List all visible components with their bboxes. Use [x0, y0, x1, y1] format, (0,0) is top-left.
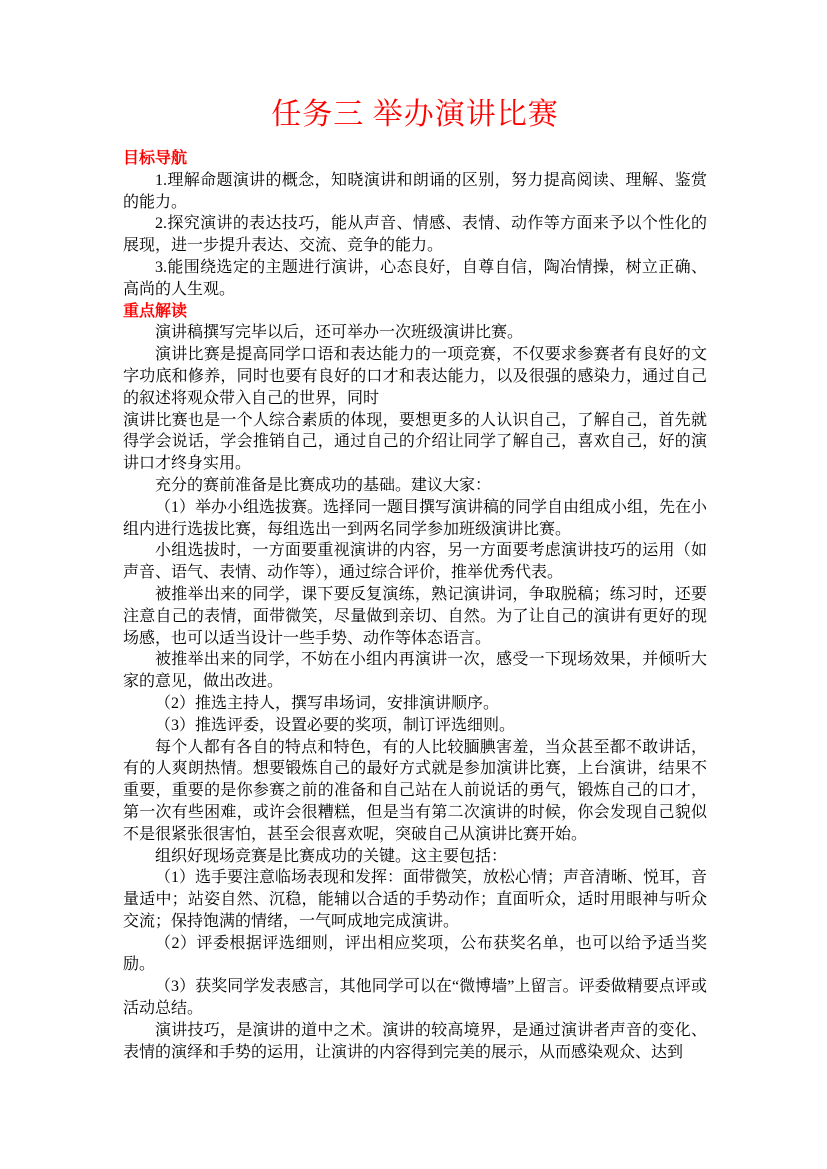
document-content: 任务三 举办演讲比赛 目标导航 1.理解命题演讲的概念，知晓演讲和朗诵的区别，努…: [123, 0, 707, 1063]
paragraph: 演讲技巧，是演讲的道中之术。演讲的较高境界，是通过演讲者声音的变化、表情的演绎和…: [123, 1020, 707, 1064]
section-heading-objectives: 目标导航: [123, 148, 707, 170]
paragraph: 1.理解命题演讲的概念，知晓演讲和朗诵的区别，努力提高阅读、理解、鉴赏的能力。: [123, 170, 707, 214]
section-key-points: 重点解读 演讲稿撰写完毕以后，还可举办一次班级演讲比赛。 演讲比赛是提高同学口语…: [123, 301, 707, 1064]
paragraph: 小组选拔时，一方面要重视演讲的内容，另一方面要考虑演讲技巧的运用（如声音、语气、…: [123, 540, 707, 584]
paragraph: 演讲稿撰写完毕以后，还可举办一次班级演讲比赛。: [123, 322, 707, 344]
paragraph: 组织好现场竞赛是比赛成功的关键。这主要包括：: [123, 846, 707, 868]
paragraph: 3.能围绕选定的主题进行演讲，心态良好，自尊自信，陶冶情操，树立正确、高尚的人生…: [123, 257, 707, 301]
section-heading-key-points: 重点解读: [123, 301, 707, 323]
paragraph: （2）推选主持人，撰写串场词，安排演讲顺序。: [123, 693, 707, 715]
paragraph: 演讲比赛是提高同学口语和表达能力的一项竞赛，不仅要求参赛者有良好的文字功底和修养…: [123, 344, 707, 409]
page-title: 任务三 举办演讲比赛: [123, 94, 707, 136]
paragraph: 被推举出来的同学，不妨在小组内再演讲一次，感受一下现场效果，并倾听大家的意见，做…: [123, 649, 707, 693]
paragraph: 每个人都有各自的特点和特色，有的人比较腼腆害羞，当众甚至都不敢讲话，有的人爽朗热…: [123, 737, 707, 846]
paragraph: （1）选手要注意临场表现和发挥：面带微笑，放松心情；声音清晰、悦耳，音量适中；站…: [123, 867, 707, 932]
paragraph: （3）获奖同学发表感言，其他同学可以在“微博墙”上留言。评委做精要点评或活动总结…: [123, 976, 707, 1020]
paragraph: （1）举办小组选拔赛。选择同一题目撰写演讲稿的同学自由组成小组，先在小组内进行选…: [123, 497, 707, 541]
paragraph: （2）评委根据评选细则，评出相应奖项，公布获奖名单，也可以给予适当奖励。: [123, 933, 707, 977]
paragraph: 被推举出来的同学，课下要反复演练，熟记演讲词，争取脱稿；练习时，还要注意自己的表…: [123, 584, 707, 649]
document-page: 任务三 举办演讲比赛 目标导航 1.理解命题演讲的概念，知晓演讲和朗诵的区别，努…: [0, 0, 827, 1169]
paragraph: （3）推选评委，设置必要的奖项，制订评选细则。: [123, 715, 707, 737]
section-objectives: 目标导航 1.理解命题演讲的概念，知晓演讲和朗诵的区别，努力提高阅读、理解、鉴赏…: [123, 148, 707, 301]
paragraph: 演讲比赛也是一个人综合素质的体现，要想更多的人认识自己，了解自己，首先就得学会说…: [123, 410, 707, 475]
paragraph: 2.探究演讲的表达技巧，能从声音、情感、表情、动作等方面来予以个性化的展现，进一…: [123, 213, 707, 257]
paragraph: 充分的赛前准备是比赛成功的基础。建议大家：: [123, 475, 707, 497]
